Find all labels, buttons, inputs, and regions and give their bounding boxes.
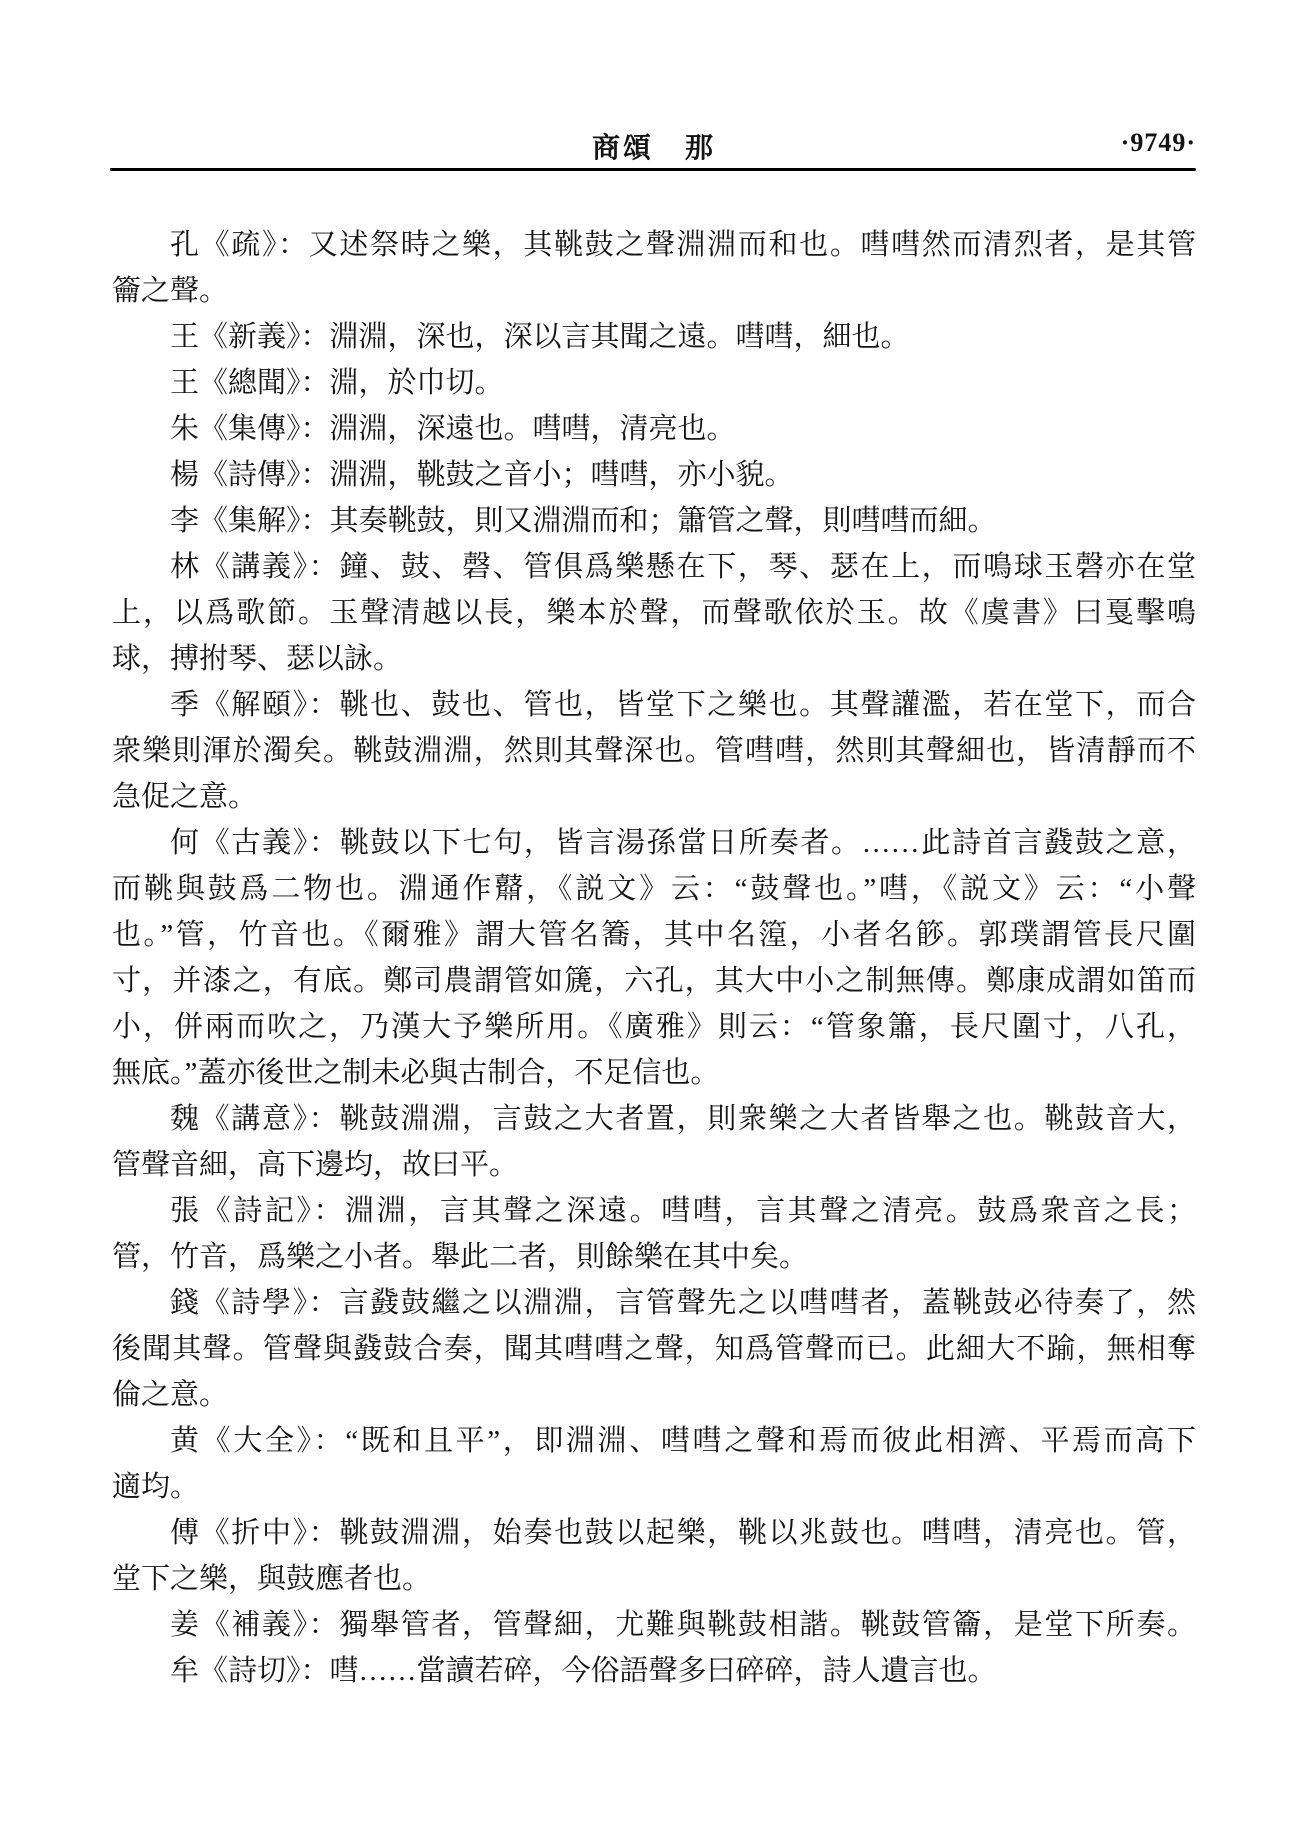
text-line: 姜《補義》：獨舉管者，管聲細，尤難與鞉鼓相諧。鞉鼓管籥，是堂下所奏。 — [112, 1602, 1196, 1648]
text-line: 管聲音細，高下邊均，故曰平。 — [112, 1142, 1196, 1188]
text-line: 小，併兩而吹之，乃漢大予樂所用。《廣雅》則云：“管象簫，長尺圍寸，八孔， — [112, 1004, 1196, 1050]
header-rule — [110, 168, 1196, 171]
text-line: 後聞其聲。管聲與鼗鼓合奏，聞其嘒嘒之聲，知爲管聲而已。此細大不踰，無相奪 — [112, 1326, 1196, 1372]
text-line: 李《集解》：其奏鞉鼓，則又淵淵而和；簫管之聲，則嘒嘒而細。 — [112, 498, 1196, 544]
body-text: 孔《疏》：又述祭時之樂，其鞉鼓之聲淵淵而和也。嘒嘒然而清烈者，是其管籥之聲。王《… — [112, 222, 1196, 1694]
text-line: 林《講義》：鐘、鼓、磬、管俱爲樂懸在下，琴、瑟在上，而鳴球玉磬亦在堂 — [112, 544, 1196, 590]
text-line: 寸，并漆之，有底。鄭司農謂管如篪，六孔，其大中小之制無傳。鄭康成謂如笛而 — [112, 958, 1196, 1004]
text-line: 管，竹音，爲樂之小者。舉此二者，則餘樂在其中矣。 — [112, 1234, 1196, 1280]
text-line: 孔《疏》：又述祭時之樂，其鞉鼓之聲淵淵而和也。嘒嘒然而清烈者，是其管 — [112, 222, 1196, 268]
text-line: 衆樂則渾於濁矣。鞉鼓淵淵，然則其聲深也。管嘒嘒，然則其聲細也，皆清靜而不 — [112, 728, 1196, 774]
text-line: 王《總聞》：淵，於巾切。 — [112, 360, 1196, 406]
text-line: 王《新義》：淵淵，深也，深以言其聞之遠。嘒嘒，細也。 — [112, 314, 1196, 360]
text-line: 急促之意。 — [112, 774, 1196, 820]
text-line: 錢《詩學》：言鼗鼓繼之以淵淵，言管聲先之以嘒嘒者，蓋鞉鼓必待奏了，然 — [112, 1280, 1196, 1326]
text-line: 球，搏拊琴、瑟以詠。 — [112, 636, 1196, 682]
text-line: 何《古義》：鞉鼓以下七句，皆言湯孫當日所奏者。……此詩首言鼗鼓之意， — [112, 820, 1196, 866]
page-header: 商頌 那 ·9749· — [112, 126, 1196, 164]
text-line: 倫之意。 — [112, 1372, 1196, 1418]
text-line: 楊《詩傳》：淵淵，鞉鼓之音小；嘒嘒，亦小貌。 — [112, 452, 1196, 498]
text-line: 上，以爲歌節。玉聲清越以長，樂本於聲，而聲歌依於玉。故《虞書》曰戛擊鳴 — [112, 590, 1196, 636]
text-line: 無底。”蓋亦後世之制未必與古制合，不足信也。 — [112, 1050, 1196, 1096]
text-line: 魏《講意》：鞉鼓淵淵，言鼓之大者置，則衆樂之大者皆舉之也。鞉鼓音大， — [112, 1096, 1196, 1142]
text-line: 季《解頤》：鞉也、鼓也、管也，皆堂下之樂也。其聲讙濫，若在堂下，而合 — [112, 682, 1196, 728]
text-line: 傅《折中》：鞉鼓淵淵，始奏也鼓以起樂，鞉以兆鼓也。嘒嘒，清亮也。管， — [112, 1510, 1196, 1556]
text-line: 而鞉與鼓爲二物也。淵通作鼘，《説文》云：“鼓聲也。”嘒，《説文》云：“小聲 — [112, 866, 1196, 912]
text-line: 籥之聲。 — [112, 268, 1196, 314]
text-line: 牟《詩切》：嘒……當讀若碎，今俗語聲多曰碎碎，詩人遺言也。 — [112, 1648, 1196, 1694]
book-page: 商頌 那 ·9749· 孔《疏》：又述祭時之樂，其鞉鼓之聲淵淵而和也。嘒嘒然而清… — [0, 0, 1300, 1827]
text-line: 也。”管，竹音也。《爾雅》謂大管名簥，其中名篞，小者名篎。郭璞謂管長尺圍 — [112, 912, 1196, 958]
text-line: 朱《集傳》：淵淵，深遠也。嘒嘒，清亮也。 — [112, 406, 1196, 452]
text-line: 堂下之樂，與鼓應者也。 — [112, 1556, 1196, 1602]
running-title: 商頌 那 — [112, 126, 1196, 166]
text-line: 黄《大全》：“既和且平”，即淵淵、嘒嘒之聲和焉而彼此相濟、平焉而高下 — [112, 1418, 1196, 1464]
text-line: 張《詩記》：淵淵，言其聲之深遠。嘒嘒，言其聲之清亮。鼓爲衆音之長； — [112, 1188, 1196, 1234]
text-line: 適均。 — [112, 1464, 1196, 1510]
page-number: ·9749· — [1121, 128, 1196, 158]
